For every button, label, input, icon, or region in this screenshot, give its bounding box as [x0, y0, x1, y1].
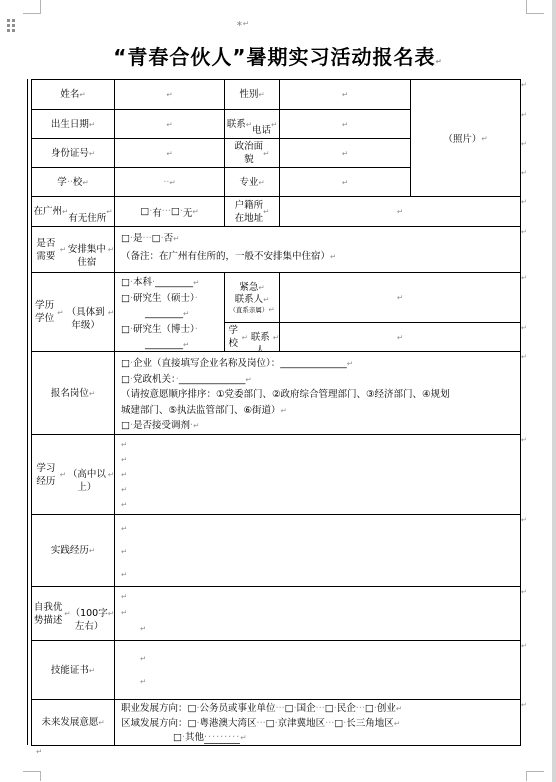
- after-table-paragraph-mark: ↵: [36, 747, 42, 756]
- political-status-label: 政治面貌↵: [225, 139, 280, 168]
- major-field[interactable]: ↵: [280, 168, 411, 197]
- application-form-table: 姓名↵ ↵ 性别↵ ↵ （照片）↵ 出生日期↵ ↵ 联系↵电话↵ ↵ 身份证号↵…: [31, 79, 521, 746]
- political-status-field[interactable]: ↵: [280, 139, 411, 168]
- row-end-mark: ↵: [521, 516, 527, 524]
- accommodation-checkboxes[interactable]: □·是···□·否↵ （备注：在广州有住所的，一般不安排集中住宿）↵: [115, 227, 521, 273]
- margin-corner-mark: [526, 0, 544, 14]
- margin-corner-mark: [526, 771, 544, 781]
- self-advantage-field[interactable]: ↵↵ ↵: [115, 587, 521, 641]
- row-end-mark: ↵: [521, 169, 527, 177]
- education-history-label: 学习经历↵（高中以上）↵: [32, 435, 115, 515]
- position-checkboxes[interactable]: □·企业（直接填写企业名称及岗位）：______________↵ □·党政机关…: [115, 352, 521, 435]
- education-history-field[interactable]: ↵↵↵↵↵: [115, 435, 521, 515]
- other-option[interactable]: □·其他·········↵: [173, 731, 514, 746]
- row-end-mark: ↵: [521, 324, 527, 332]
- position-label: 报名岗位↵: [32, 352, 115, 435]
- future-plan-label: 未来发展意愿↵: [32, 700, 115, 746]
- self-advantage-label: 自我优势描述↵（100字左右）↵: [32, 587, 115, 641]
- accommodation-label: 是否需要↵安排集中住宿↵: [32, 227, 115, 273]
- gender-field[interactable]: ↵: [280, 80, 411, 110]
- document-page: ∗↵ “青春合伙人”暑期实习活动报名表↵ 姓名↵ ↵ 性别↵ ↵ （照片）↵ 出…: [0, 0, 556, 782]
- row-end-mark: ↵: [521, 140, 527, 148]
- other-underline: ·········: [204, 732, 240, 744]
- top-paragraph-mark: ∗↵: [236, 19, 249, 28]
- registered-address-label: 户籍所在地址↵: [225, 197, 280, 227]
- emergency-contact-field[interactable]: ↵: [280, 273, 521, 323]
- gender-label: 性别↵: [225, 80, 280, 110]
- degree-checkboxes[interactable]: □·本科·________↵ □·研究生（硕士）· ________↵ □·研究…: [115, 273, 225, 352]
- degree-label: 学历学位↵（具体到年级）↵: [32, 273, 115, 352]
- birthdate-label: 出生日期↵: [32, 110, 115, 139]
- row-end-mark: ↵: [521, 701, 527, 709]
- school-label: 学··校↵: [32, 168, 115, 197]
- row-end-mark: ↵: [521, 81, 527, 89]
- skill-certificate-field[interactable]: ↵ ↵: [115, 641, 521, 700]
- future-plan-checkboxes[interactable]: 职业发展方向：□·公务员或事业单位···□·国企···□·民企···□·创业↵ …: [115, 700, 521, 746]
- phone-field[interactable]: ↵: [280, 110, 411, 139]
- skill-certificate-label: 技能证书↵: [32, 641, 115, 700]
- id-number-field[interactable]: ↵: [115, 139, 225, 168]
- major-label: 专业↵: [225, 168, 280, 197]
- birthdate-field[interactable]: ↵: [115, 110, 225, 139]
- row-end-mark: ↵: [521, 642, 527, 650]
- residence-checkboxes[interactable]: □·有···□·无↵: [115, 197, 225, 227]
- row-end-mark: ↵: [521, 436, 527, 444]
- drag-handle-icon[interactable]: [7, 19, 15, 32]
- name-field[interactable]: ↵: [115, 80, 225, 110]
- name-label: 姓名↵: [32, 80, 115, 110]
- phone-label: 联系↵电话↵: [225, 110, 280, 139]
- emergency-contact-label: 紧急↵联系人↵ （直系亲属）↵: [225, 273, 280, 323]
- photo-cell[interactable]: （照片）↵: [411, 80, 521, 197]
- page-edge: [552, 0, 556, 782]
- practice-history-field[interactable]: ↵↵↵: [115, 515, 521, 587]
- row-end-mark: ↵: [521, 111, 527, 119]
- margin-corner-mark: [23, 771, 41, 781]
- school-contact-field[interactable]: ↵: [280, 323, 521, 352]
- school-contact-label: 学校↵联系人↵: [225, 323, 280, 352]
- row-end-mark: ↵: [521, 588, 527, 596]
- table-outer-left-border: [27, 79, 28, 745]
- row-end-mark: ↵: [521, 274, 527, 282]
- school-field[interactable]: ··↵: [115, 168, 225, 197]
- id-number-label: 身份证号↵: [32, 139, 115, 168]
- practice-history-label: 实践经历↵: [32, 515, 115, 587]
- page-title: “青春合伙人”暑期实习活动报名表↵: [0, 41, 556, 70]
- margin-corner-mark: [23, 0, 41, 14]
- residence-label: 在广州↵有无住所↵: [32, 197, 115, 227]
- row-end-mark: ↵: [521, 353, 527, 361]
- row-end-mark: ↵: [521, 228, 527, 236]
- row-end-mark: ↵: [521, 198, 527, 206]
- registered-address-field[interactable]: ↵: [280, 197, 521, 227]
